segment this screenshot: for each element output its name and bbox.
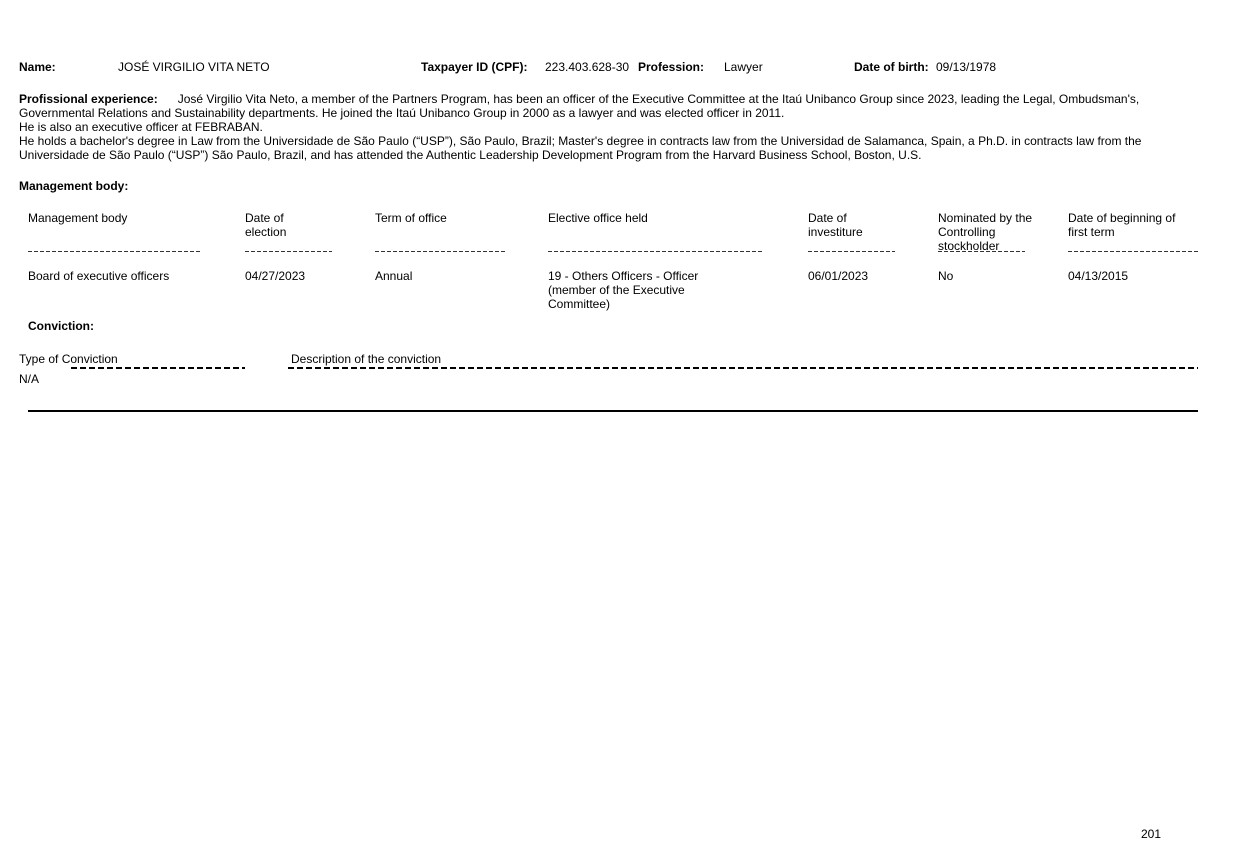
description-of-conviction-header: Description of the conviction xyxy=(291,352,441,366)
type-of-conviction-value: N/A xyxy=(19,372,39,386)
cell-nominated: No xyxy=(938,269,1048,283)
dob-value: 09/13/1978 xyxy=(936,60,996,74)
experience-text: José Virgilio Vita Neto, a member of the… xyxy=(19,92,1139,120)
column-header-elective-office: Elective office held xyxy=(548,211,748,225)
experience-paragraph: He holds a bachelor's degree in Law from… xyxy=(19,134,1199,162)
header-rule xyxy=(245,251,332,252)
page-number: 201 xyxy=(1141,827,1161,841)
section-divider xyxy=(28,410,1198,412)
cpf-value: 223.403.628-30 xyxy=(545,60,629,74)
header-rule xyxy=(1068,251,1198,252)
experience-paragraph: He is also an executive officer at FEBRA… xyxy=(19,120,1199,134)
column-header-nominated: Nominated by the Controlling stockholder xyxy=(938,211,1033,253)
header-rule xyxy=(808,251,895,252)
conviction-title: Conviction: xyxy=(28,319,94,333)
header-rule xyxy=(28,251,202,252)
dob-label: Date of birth: xyxy=(854,60,929,74)
conviction-header-rule xyxy=(288,367,1198,369)
type-of-conviction-header: Type of Conviction xyxy=(19,352,118,366)
name-label: Name: xyxy=(19,60,56,74)
column-header-date-first-term: Date of beginning of first term xyxy=(1068,211,1178,239)
profession-label: Profession: xyxy=(638,60,704,74)
professional-experience: Profissional experience:José Virgilio Vi… xyxy=(19,92,1199,162)
management-body-title: Management body: xyxy=(19,179,128,193)
name-value: JOSÉ VIRGILIO VITA NETO xyxy=(118,60,270,74)
cell-date-of-election: 04/27/2023 xyxy=(245,269,355,283)
profession-value: Lawyer xyxy=(724,60,763,74)
column-header-date-of-election: Date of election xyxy=(245,211,305,239)
experience-paragraph: Profissional experience:José Virgilio Vi… xyxy=(19,92,1199,120)
conviction-header-rule xyxy=(71,367,245,369)
cell-management-body: Board of executive officers xyxy=(28,269,228,283)
cell-date-first-term: 04/13/2015 xyxy=(1068,269,1198,283)
column-header-term-of-office: Term of office xyxy=(375,211,525,225)
header-rule xyxy=(375,251,505,252)
header-rule xyxy=(938,251,1025,252)
column-header-date-of-investiture: Date of investiture xyxy=(808,211,878,239)
cell-term-of-office: Annual xyxy=(375,269,525,283)
header-rule xyxy=(548,251,764,252)
cell-elective-office: 19 - Others Officers - Officer (member o… xyxy=(548,269,748,311)
experience-label: Profissional experience: xyxy=(19,92,158,106)
cell-date-of-investiture: 06/01/2023 xyxy=(808,269,918,283)
cpf-label: Taxpayer ID (CPF): xyxy=(421,60,527,74)
column-header-management-body: Management body xyxy=(28,211,228,225)
